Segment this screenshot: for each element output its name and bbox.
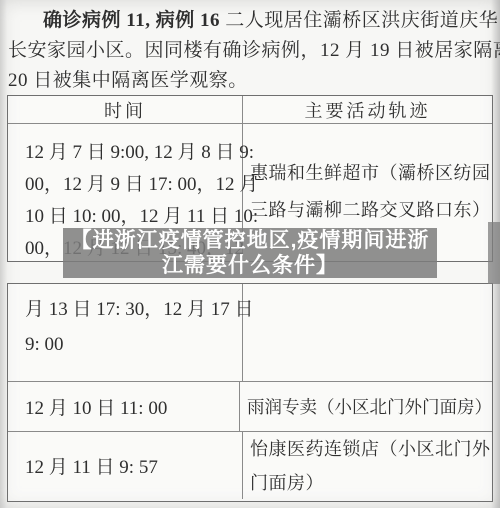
intro-line-1-rest: 二人现居住灞桥区洪庆街道庆华 [220, 10, 498, 31]
watermark-edge-fragment [488, 222, 500, 284]
document-photo: 确诊病例 11, 病例 16 二人现居住灞桥区洪庆街道庆华 长安家园小区。因同楼… [0, 0, 500, 508]
time-line: 12 月 7 日 9:00, 12 月 8 日 9: [25, 137, 240, 169]
table-row: 月 13 日 17: 30，12 月 17 日 9: 00 [8, 284, 492, 382]
time-line: 9: 00 [25, 327, 240, 362]
table-header-row: 时间 主要活动轨迹 [8, 96, 492, 124]
activity-cell: 怡康医药连锁店（小区北门外 门面房） [243, 432, 492, 499]
activity-line: 怡康医药连锁店（小区北门外 [250, 432, 492, 466]
header-time: 时间 [8, 96, 243, 123]
time-line: 月 13 日 17: 30，12 月 17 日 [25, 292, 240, 327]
time-cell: 月 13 日 17: 30，12 月 17 日 9: 00 [8, 284, 243, 381]
photo-left-edge-shadow [0, 0, 7, 508]
watermark-overlay: 【进浙江疫情管控地区,疫情期间进浙 江需要什么条件】 [63, 228, 437, 278]
watermark-line-1: 【进浙江疫情管控地区,疫情期间进浙 [71, 228, 430, 253]
intro-line-3: 20 日被集中隔离医学观察。 [8, 66, 494, 96]
table-row: 12 月 10 日 11: 00 雨润专卖（小区北门外门面房） [8, 382, 492, 432]
watermark-line-2: 江需要什么条件】 [162, 253, 338, 278]
activity-line: 门面房） [250, 466, 492, 500]
intro-line-2: 长安家园小区。因同楼有确诊病例，12 月 19 日被居家隔离， [8, 36, 494, 66]
case-numbers-bold: 确诊病例 11, 病例 16 [43, 10, 220, 31]
time-line: 00，12 月 9 日 17: 00，12 月 [25, 169, 240, 201]
activity-line: 惠瑞和生鲜超市（灞桥区纺园 [250, 155, 492, 192]
time-cell: 12 月 10 日 11: 00 [8, 382, 240, 431]
activity-cell-empty [243, 284, 492, 381]
activity-line: 三路与灞柳二路交叉路口东） [250, 192, 492, 229]
activity-cell: 雨润专卖（小区北门外门面房） [240, 382, 492, 431]
header-activity: 主要活动轨迹 [243, 96, 492, 123]
time-cell: 12 月 11 日 9: 57 [8, 432, 243, 499]
activity-table-lower: 月 13 日 17: 30，12 月 17 日 9: 00 12 月 10 日 … [7, 283, 493, 502]
intro-line-1: 确诊病例 11, 病例 16 二人现居住灞桥区洪庆街道庆华 [8, 6, 494, 36]
intro-paragraph: 确诊病例 11, 病例 16 二人现居住灞桥区洪庆街道庆华 长安家园小区。因同楼… [8, 6, 494, 96]
table-row: 12 月 11 日 9: 57 怡康医药连锁店（小区北门外 门面房） [8, 432, 492, 499]
